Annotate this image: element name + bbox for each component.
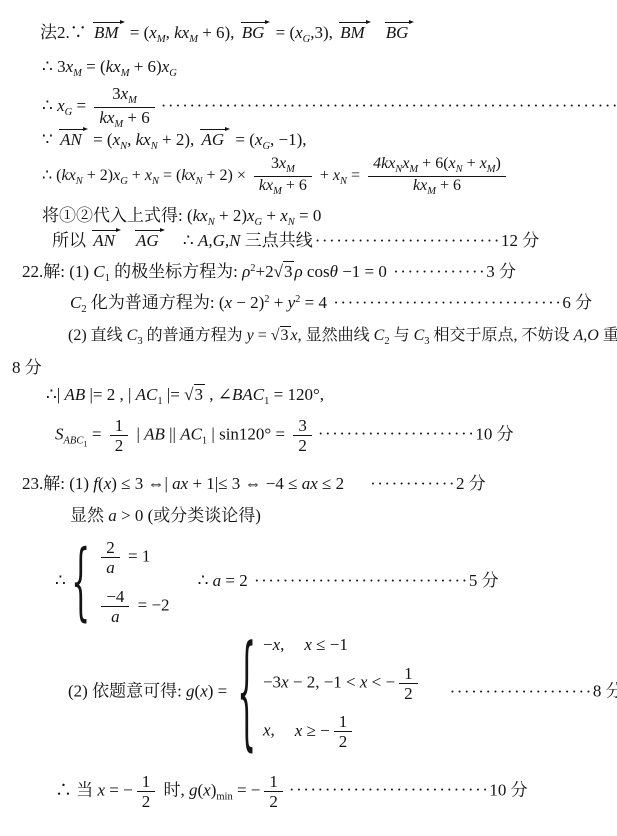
math-text: = xyxy=(72,96,90,115)
score-label: 10 分 xyxy=(475,424,513,443)
math-text: = ( xyxy=(159,167,181,184)
math-text: 化为普通方程为: ( xyxy=(87,293,225,312)
math-text: , xyxy=(127,130,136,149)
8pts-label: 8 分 xyxy=(12,357,42,378)
math-sub: M xyxy=(157,34,166,45)
numerator: −4 xyxy=(101,587,129,606)
math-text: , −1), xyxy=(270,130,307,149)
math-text: + 6 xyxy=(123,108,150,127)
fraction: 12 xyxy=(137,772,156,811)
left-brace: { xyxy=(71,540,90,624)
math-var: C xyxy=(374,327,385,344)
numerator: 1 xyxy=(334,712,353,731)
math-var: AC xyxy=(136,385,158,404)
math-var: C xyxy=(414,327,425,344)
math-text: (2) 直线 xyxy=(68,327,127,344)
dot-leader: ············· xyxy=(393,262,486,281)
math-text: ) xyxy=(496,155,501,172)
score-label: 3 分 xyxy=(486,262,516,281)
math-var: y xyxy=(247,327,254,344)
math-text: −3 xyxy=(263,673,281,692)
case-row: x,x ≥ −12 xyxy=(263,712,422,751)
math-var: BAC xyxy=(232,385,264,404)
math-sub: ABC xyxy=(64,435,84,446)
math-text: + 6 xyxy=(282,177,307,194)
math-var: ρ xyxy=(294,262,302,281)
math-var: x xyxy=(203,780,211,799)
math-var: kx xyxy=(181,167,195,184)
math-sub: N xyxy=(288,217,295,228)
dot-leader: ······························ xyxy=(254,571,469,590)
radical-sign: √ xyxy=(274,262,283,281)
math-sub: N xyxy=(340,176,347,187)
math-text: |= 2 , | xyxy=(85,385,135,404)
math-text: = ( xyxy=(231,130,255,149)
fraction: 12 xyxy=(110,416,129,455)
score-label: 2 分 xyxy=(456,474,486,493)
numerator: 3xM xyxy=(94,84,154,107)
numerator: 4kxNxM + 6(xN + xM) xyxy=(368,155,506,176)
math-var: g xyxy=(186,682,195,701)
math-var: x xyxy=(149,23,157,42)
math-var: 4k xyxy=(373,155,388,172)
math-sub: N xyxy=(456,164,463,175)
math-var: x xyxy=(480,155,487,172)
score-label: 8 分 xyxy=(593,682,617,701)
case-row: −x,x ≤ −1 xyxy=(263,634,422,655)
radicand: 3 xyxy=(194,384,206,404)
math-text: ) = xyxy=(208,682,232,701)
q22-part2-line-c3: (2) 直线 C3 的普通方程为 y = √3x, 显然曲线 C2 与 C3 相… xyxy=(68,326,617,348)
math-sub: N xyxy=(76,176,83,187)
square-root: √3 xyxy=(274,261,295,281)
math-var: x xyxy=(145,167,152,184)
math-text: ∴ ( xyxy=(42,167,62,184)
math-sub: G xyxy=(120,176,128,187)
math-text: 22.解: (1) xyxy=(22,262,93,281)
math-text: 显然 xyxy=(70,506,108,525)
math-text: = 4 xyxy=(300,293,331,312)
math-var: a xyxy=(213,571,222,590)
math-var: x xyxy=(333,167,340,184)
math-text: = ( xyxy=(271,23,295,42)
math-var: x xyxy=(57,96,65,115)
math-sub: N xyxy=(208,217,215,228)
vector-an: AN xyxy=(92,231,118,250)
math-text: ≥ − xyxy=(302,721,329,740)
math-var: x xyxy=(279,155,286,172)
math-var: kx xyxy=(259,177,273,194)
score-label: 8 分 xyxy=(12,358,42,377)
math-var: θ xyxy=(330,262,338,281)
math-var: A,G,N xyxy=(198,231,241,250)
fraction: −4a xyxy=(101,587,129,626)
xg-fraction-9pts: ∴ xG = 3xMkxM + 6·······················… xyxy=(42,84,617,131)
a-positive-note: 显然 a > 0 (或分类谈论得) xyxy=(70,505,261,526)
numerator: 3 xyxy=(293,416,312,435)
case-row: 2a = 1 xyxy=(97,538,169,577)
math-text: + 2) × xyxy=(203,167,250,184)
math-text: = xyxy=(88,424,106,443)
math-text: ∴ xyxy=(198,571,213,590)
math-text: = xyxy=(347,167,364,184)
dot-leader: ································ xyxy=(333,293,562,312)
math-text: = −2 xyxy=(133,596,169,615)
fraction: 12 xyxy=(264,772,283,811)
math-var: C xyxy=(127,327,138,344)
vector-bm: BM xyxy=(339,23,368,42)
math-var: x xyxy=(273,635,281,654)
answer-key-page: 法2.∵ BM = (xM, kxM + 6), BG = (xG,3), BM… xyxy=(0,0,617,836)
math-var: x xyxy=(224,293,232,312)
numerator: 1 xyxy=(110,416,129,435)
math-text: | sin120° = xyxy=(207,424,289,443)
math-var: ax xyxy=(172,474,188,493)
radical-sign: √ xyxy=(271,327,280,344)
q22-part1-polar-eq-3pts: 22.解: (1) C1 的极坐标方程为: ρ2+2√3ρ cosθ −1 = … xyxy=(22,261,516,285)
score-label: 10 分 xyxy=(489,780,527,799)
cross-multiply-eq: ∴ 3xM = (kxM + 6)xG xyxy=(42,56,177,80)
math-var: kx xyxy=(99,108,114,127)
math-text: + xyxy=(316,167,333,184)
denominator: a xyxy=(101,606,129,626)
math-text: ∴ xyxy=(42,96,57,115)
math-var: a xyxy=(108,506,117,525)
math-text: 与 xyxy=(390,327,414,344)
math-text: 3 xyxy=(271,155,279,172)
dot-leader: ············ xyxy=(370,474,456,493)
math-text: −1 = 0 xyxy=(338,262,391,281)
fraction: 32 xyxy=(293,416,312,455)
math-sub: N xyxy=(152,176,159,187)
math-text: 23.解: (1) xyxy=(22,474,93,493)
math-text: + 6 xyxy=(436,177,461,194)
math-var: kx xyxy=(174,23,189,42)
math-text: ∴ 3 xyxy=(42,57,66,76)
math-text: ∵ xyxy=(42,130,57,149)
math-text: 所以 xyxy=(52,231,90,250)
area-formula-10pts: SABC1 = 12 | AB || AC1 | sin120° = 32···… xyxy=(55,416,514,455)
square-root: √3 xyxy=(184,384,205,404)
dot-leader: ···················· xyxy=(450,682,593,701)
math-var: x xyxy=(113,130,121,149)
dot-leader: ···························· xyxy=(289,780,490,799)
numerator: 2 xyxy=(101,538,120,557)
math-text: , ∠ xyxy=(205,385,232,404)
numerator: 3xM xyxy=(254,155,312,176)
math-text: 法2.∵ xyxy=(40,23,91,42)
math-text: ∴| xyxy=(46,385,64,404)
math-sub: M xyxy=(409,164,418,175)
dot-leader: ·························· xyxy=(315,231,501,250)
math-text: ∴ xyxy=(179,231,198,250)
math-var: ax xyxy=(302,474,318,493)
denominator: a xyxy=(101,557,120,577)
math-text: + xyxy=(128,167,145,184)
denominator: 2 xyxy=(334,731,353,751)
math-var: x xyxy=(200,682,208,701)
math-text: 3 xyxy=(112,84,121,103)
math-text: = − xyxy=(105,780,133,799)
math-text: 重合··· xyxy=(599,327,617,344)
score-label: 5 分 xyxy=(469,571,499,590)
denominator: 2 xyxy=(264,791,283,811)
vector-ag: AG xyxy=(200,130,227,149)
collinear-conclusion-12pts: 所以 ANAG ∴ A,G,N 三点共线····················… xyxy=(52,230,539,251)
vector-an: AN xyxy=(59,130,85,149)
case-condition: x ≥ −12 xyxy=(295,721,356,740)
math-text: = 120°, xyxy=(269,385,324,404)
math-sub: G xyxy=(255,217,263,228)
math-text: + 2), xyxy=(158,130,199,149)
math-sub: M xyxy=(286,164,295,175)
math-text: = − xyxy=(233,780,261,799)
piecewise-cases: {−x,x ≤ −1−3x − 2, −1 < x < −12x,x ≥ −12 xyxy=(234,634,422,751)
math-text: || xyxy=(165,424,180,443)
q23-part1-inequality-2pts: 23.解: (1) f(x) ≤ 3 ⇔| ax + 1|≤ 3 ⇔ −4 ≤ … xyxy=(22,473,486,494)
math-text: + 6) xyxy=(129,57,161,76)
math-text: = 0 xyxy=(295,206,322,225)
math-text: > 0 (或分类谈论得) xyxy=(117,506,261,525)
math-text: ≤ 2 xyxy=(318,474,344,493)
math-var: C xyxy=(93,262,104,281)
vector-bm: BM xyxy=(93,23,122,42)
vector-ag: AG xyxy=(135,231,162,250)
math-text: = ( xyxy=(82,57,106,76)
case-row: −3x − 2, −1 < x < −12 xyxy=(263,664,422,703)
method2-given-vectors: 法2.∵ BM = (xM, kxM + 6), BG = (xG,3), BM… xyxy=(40,22,415,46)
math-text: 的极坐标方程为: xyxy=(110,262,242,281)
math-var: AB xyxy=(144,424,165,443)
math-var: AB xyxy=(64,385,85,404)
math-sub: M xyxy=(427,186,436,197)
math-var: x xyxy=(66,57,74,76)
math-var: x xyxy=(304,635,312,654)
math-sub: M xyxy=(73,68,82,79)
denominator: kxM + 6 xyxy=(254,176,312,198)
denominator: 2 xyxy=(110,435,129,455)
math-text: , 显然曲线 xyxy=(298,327,374,344)
radicand: 3 xyxy=(283,261,295,281)
case-rows: −x,x ≤ −1−3x − 2, −1 < x < −12x,x ≥ −12 xyxy=(263,634,422,751)
math-var: kx xyxy=(106,57,121,76)
minimum-value-10pts: ∴ 当 x = −12 时, g(x)min = −12············… xyxy=(55,772,528,811)
math-text: (2) 依题意可得: xyxy=(68,682,186,701)
math-var: AC xyxy=(180,424,202,443)
math-sub: G xyxy=(262,141,270,152)
dot-leader: ········································… xyxy=(161,96,617,115)
math-var: kx xyxy=(62,167,76,184)
square-root: √3 xyxy=(271,326,291,344)
math-text: , xyxy=(280,635,284,654)
numerator: 1 xyxy=(137,772,156,791)
math-var: kx xyxy=(413,177,427,194)
math-text: 的普通方程为 xyxy=(143,327,247,344)
math-text: ∴ 当 xyxy=(55,780,98,799)
math-text: + xyxy=(270,293,288,312)
math-sub: N xyxy=(151,141,158,152)
vector-bg: BG xyxy=(385,23,412,42)
triangle-measurements: ∴| AB |= 2 , | AC1 |= √3 , ∠BAC1 = 120°, xyxy=(46,384,324,408)
math-text: − 2) xyxy=(232,293,264,312)
math-var: x xyxy=(449,155,456,172)
substitute-eq: 将①②代入上式得: (kxN + 2)xG + xN = 0 xyxy=(42,205,321,229)
math-text: = xyxy=(254,327,271,344)
math-text: 相交于原点, 不妨设 xyxy=(430,327,574,344)
math-sub: M xyxy=(189,34,198,45)
math-text: + 6), xyxy=(198,23,239,42)
math-text: + 2) xyxy=(83,167,113,184)
math-text: + 2) xyxy=(215,206,247,225)
math-sub: N xyxy=(196,176,203,187)
math-text: ∴ xyxy=(55,571,66,590)
math-sub: min xyxy=(216,791,232,802)
denominator: 2 xyxy=(293,435,312,455)
math-text: + xyxy=(262,206,280,225)
math-text: +2 xyxy=(256,262,274,281)
q23-part2-piecewise-8pts: (2) 依题意可得: g(x) = {−x,x ≤ −1−3x − 2, −1 … xyxy=(68,634,617,751)
radical-sign: √ xyxy=(184,385,193,404)
math-text: 三点共线 xyxy=(240,231,312,250)
score-label: 6 分 xyxy=(562,293,592,312)
an-ag-vectors: ∵ AN = (xN, kxN + 2), AG = (xG, −1), xyxy=(42,129,307,153)
dot-leader: ······················ xyxy=(318,424,476,443)
math-text: ≤ −1 xyxy=(312,635,348,654)
math-text: , xyxy=(166,23,175,42)
math-sub: M xyxy=(487,164,496,175)
fraction: 3xMkxM + 6 xyxy=(254,155,312,198)
fraction: 2a xyxy=(101,538,120,577)
math-text: − xyxy=(263,635,273,654)
system-solve-a-5pts: ∴{2a = 1−4a = −2∴ a = 2 ················… xyxy=(55,538,499,626)
math-text: − 2, −1 < xyxy=(289,673,360,692)
math-var: kx xyxy=(136,130,151,149)
denominator: kxM + 6 xyxy=(368,176,506,198)
math-sub: M xyxy=(128,95,137,106)
fraction: 4kxNxM + 6(xN + xM)kxM + 6 xyxy=(368,155,506,198)
fraction: 12 xyxy=(334,712,353,751)
math-text: ,3), xyxy=(310,23,337,42)
math-var: kx xyxy=(193,206,208,225)
math-text: = 2 xyxy=(221,571,252,590)
case-condition: x ≤ −1 xyxy=(304,635,347,654)
math-text: | xyxy=(132,424,144,443)
numerator: 1 xyxy=(264,772,283,791)
piecewise-cases: {2a = 1−4a = −2 xyxy=(68,538,170,626)
case-rows: 2a = 1−4a = −2 xyxy=(97,538,169,626)
fraction: 12 xyxy=(399,664,418,703)
math-text: = ( xyxy=(126,23,150,42)
math-text: = 1 xyxy=(124,546,151,565)
math-text: 将①②代入上式得: ( xyxy=(42,206,193,225)
fraction: 3xMkxM + 6 xyxy=(94,84,154,131)
q22-c2-standard-eq-6pts: C2 化为普通方程为: (x − 2)2 + y2 = 4 ··········… xyxy=(70,292,592,316)
math-var: x xyxy=(263,721,271,740)
denominator: 2 xyxy=(399,683,418,703)
math-text: |= xyxy=(163,385,185,404)
expanded-expression: ∴ (kxN + 2)xG + xN = (kxN + 2) × 3xMkxM … xyxy=(42,155,510,198)
radicand: 3 xyxy=(280,326,291,344)
math-text: ) ≤ 3 ⇔| xyxy=(111,474,172,493)
math-text: + xyxy=(463,155,480,172)
case-row: −4a = −2 xyxy=(97,587,169,626)
math-text: 时, xyxy=(159,780,189,799)
denominator: 2 xyxy=(137,791,156,811)
math-var: x xyxy=(280,206,288,225)
math-var: x xyxy=(295,23,303,42)
left-brace: { xyxy=(237,631,256,755)
math-text: , xyxy=(271,721,275,740)
math-var: x xyxy=(281,673,289,692)
numerator: 1 xyxy=(399,664,418,683)
math-var: C xyxy=(70,293,81,312)
math-sub: G xyxy=(169,68,177,79)
denominator: kxM + 6 xyxy=(94,107,154,131)
vector-bg: BG xyxy=(241,23,268,42)
math-text: < − xyxy=(367,673,395,692)
math-var: x xyxy=(291,327,298,344)
score-label: 12 分 xyxy=(501,231,539,250)
math-text: + 1|≤ 3 ⇔ −4 ≤ xyxy=(188,474,302,493)
math-var: A,O xyxy=(574,327,599,344)
math-text: = ( xyxy=(89,130,113,149)
math-text: + 6( xyxy=(418,155,448,172)
math-sub: M xyxy=(273,186,282,197)
math-var: S xyxy=(55,424,64,443)
math-var: x xyxy=(98,780,106,799)
math-text: cos xyxy=(303,262,330,281)
math-var: x xyxy=(247,206,255,225)
